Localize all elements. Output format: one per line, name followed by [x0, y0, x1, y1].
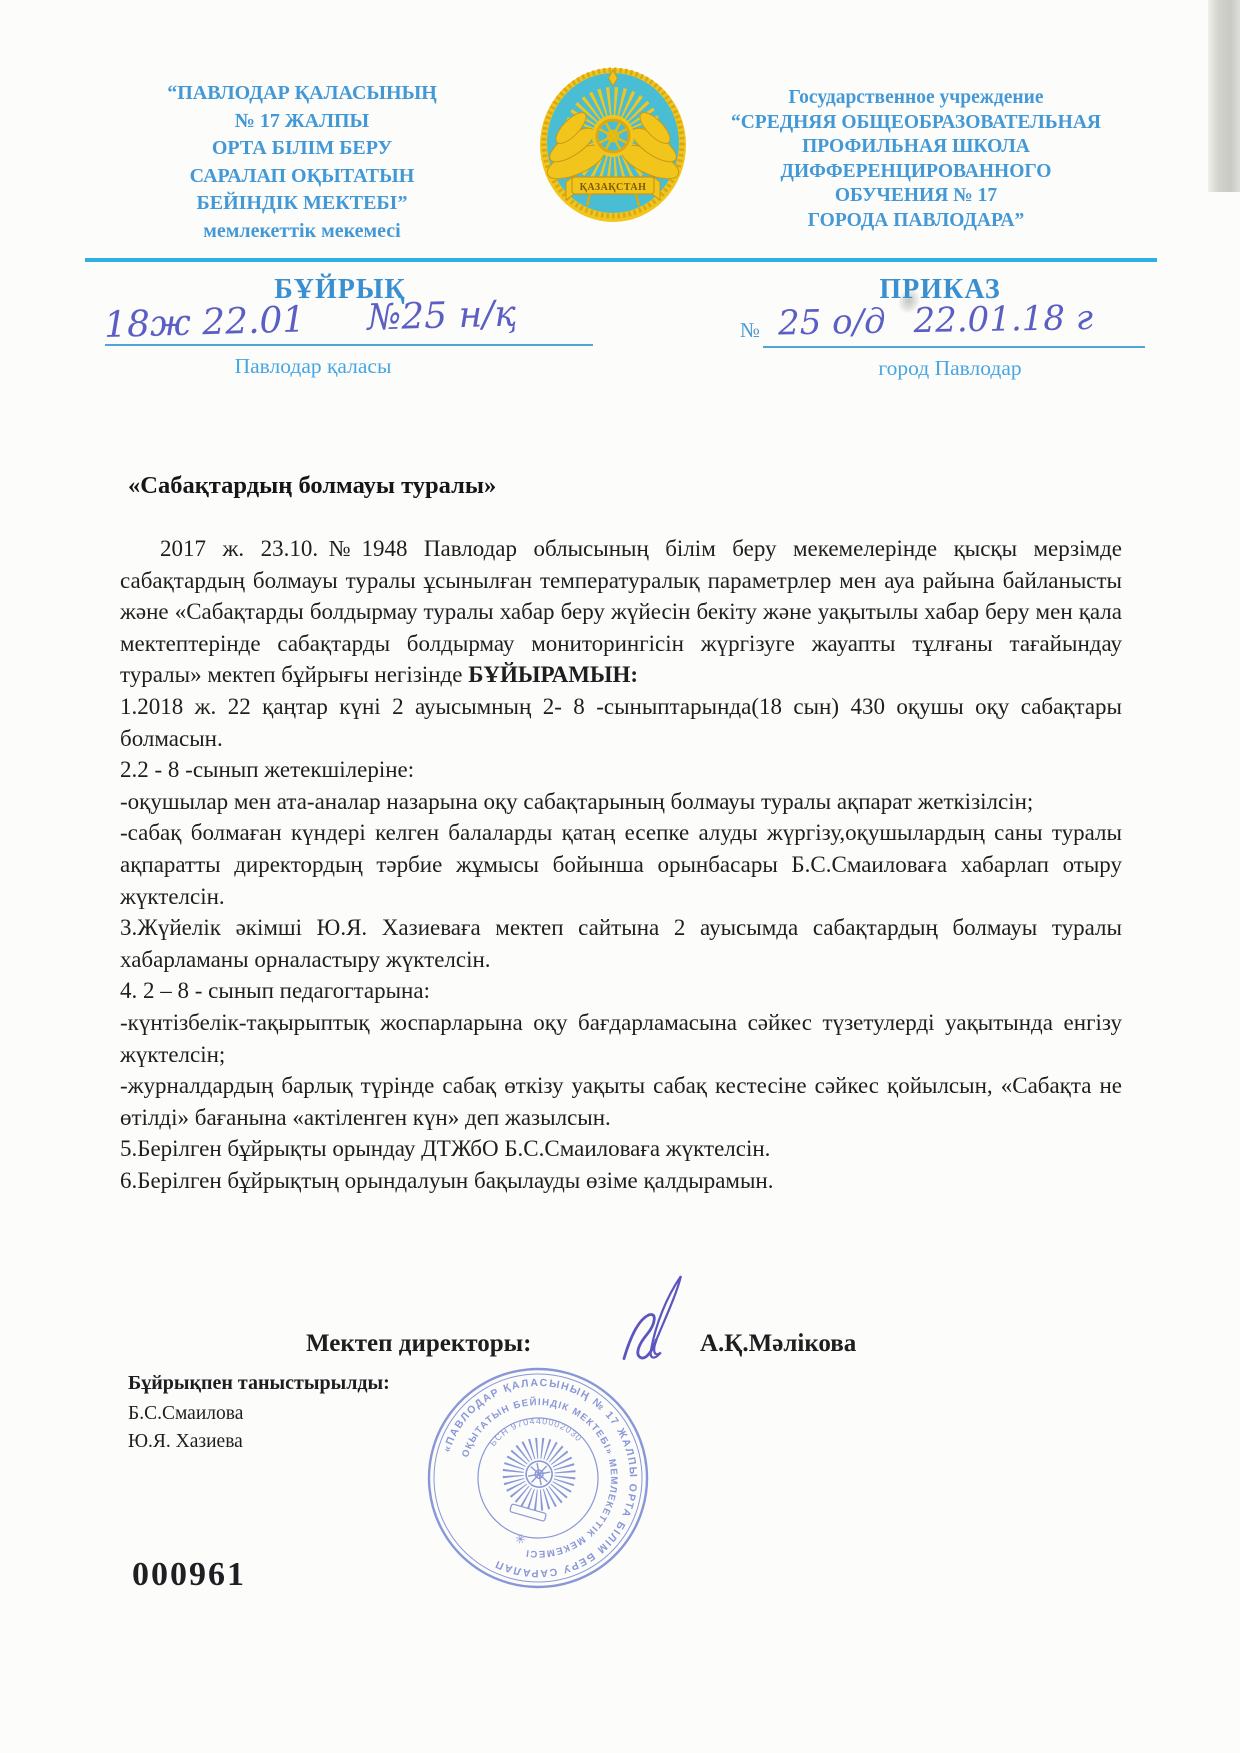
- kazakhstan-coat-of-arms-icon: ҚАЗАҚСТАН: [538, 66, 688, 224]
- org-line: ОРТА БІЛІМ БЕРУ: [118, 135, 486, 163]
- order-paragraph: 5.Берілген бұйрықты орындау ДТЖбО Б.С.См…: [120, 1133, 1122, 1165]
- order-paragraph: 6.Берілген бұйрықтың орындалуын бақылауд…: [120, 1165, 1122, 1197]
- order-paragraph: -журналдардың барлық түрінде сабақ өткіз…: [120, 1070, 1122, 1133]
- scanned-order-document: “ПАВЛОДАР ҚАЛАСЫНЫҢ № 17 ЖАЛПЫ ОРТА БІЛІ…: [0, 0, 1240, 1753]
- order-paragraph: 2.2 - 8 -сынып жетекшілеріне:: [120, 754, 1122, 786]
- org-line: ГОРОДА ПАВЛОДАРА”: [688, 209, 1144, 234]
- school-round-stamp: «ПАВЛОДАР ҚАЛАСЫНЫҢ № 17 ЖАЛПЫ ОРТА БІЛІ…: [424, 1364, 652, 1592]
- form-underline: [763, 346, 1145, 348]
- org-line: Государственное учреждение: [688, 86, 1144, 111]
- form-serial-number: 000961: [132, 1556, 246, 1594]
- letterhead-separator: [85, 258, 1157, 262]
- acknowledged-label: Бұйрықпен таныстырылды:: [128, 1372, 390, 1395]
- org-line: ДИФФЕРЕНЦИРОВАННОГО: [688, 160, 1144, 185]
- org-line: БЕЙІНДІК МЕКТЕБІ”: [118, 190, 486, 218]
- signature-name: А.Қ.Мәлікова: [700, 1330, 856, 1358]
- scan-edge-shadow: [1208, 0, 1240, 192]
- org-line: ОБУЧЕНИЯ № 17: [688, 184, 1144, 209]
- handwritten-date: 22.01.18 г: [913, 298, 1093, 341]
- order-paragraph: 1.2018 ж. 22 қаңтар күні 2 ауысымның 2- …: [120, 691, 1122, 754]
- resolution-word: БҰЙЫРАМЫН:: [468, 662, 638, 687]
- city-label-kazakh: Павлодар қаласы: [113, 354, 513, 379]
- org-line: мемлекеттік мекемесі: [118, 218, 486, 246]
- org-line: ПРОФИЛЬНАЯ ШКОЛА: [688, 135, 1144, 160]
- handwritten-date: 18ж 22.01: [104, 299, 306, 346]
- order-paragraph: 4. 2 – 8 - сынып педагогтарына:: [120, 975, 1122, 1007]
- document-title: «Сабақтардың болмауы туралы»: [128, 472, 496, 500]
- letterhead-org-russian: Государственное учреждение “СРЕДНЯЯ ОБЩЕ…: [688, 86, 1144, 234]
- document-body: 2017 ж. 23.10.№1948 Павлодар облысының б…: [120, 533, 1122, 1196]
- org-line: “ПАВЛОДАР ҚАЛАСЫНЫҢ: [118, 80, 486, 108]
- order-paragraph: -оқушылар мен ата-аналар назарына оқу са…: [120, 786, 1122, 818]
- org-line: “СРЕДНЯЯ ОБЩЕОБРАЗОВАТЕЛЬНАЯ: [688, 111, 1144, 136]
- handwritten-number: №25 н/қ: [367, 293, 517, 338]
- order-preamble: 2017 ж. 23.10.№1948 Павлодар облысының б…: [120, 533, 1122, 691]
- handwritten-entry-right: 25 о/д22.01.18 г: [778, 297, 1179, 344]
- number-symbol: №: [740, 318, 760, 343]
- handwritten-number: 25 о/д: [778, 302, 886, 344]
- org-line: № 17 ЖАЛПЫ: [118, 108, 486, 136]
- form-underline: [105, 344, 593, 346]
- order-paragraph: 3.Жүйелік әкімші Ю.Я. Хазиеваға мектеп с…: [120, 912, 1122, 975]
- city-label-russian: город Павлодар: [750, 356, 1150, 381]
- letterhead-org-kazakh: “ПАВЛОДАР ҚАЛАСЫНЫҢ № 17 ЖАЛПЫ ОРТА БІЛІ…: [118, 80, 486, 245]
- acknowledged-name: Б.С.Смаилова: [128, 1403, 243, 1425]
- org-line: САРАЛАП ОҚЫТАТЫН: [118, 163, 486, 191]
- signature-role-label: Мектеп директоры:: [306, 1330, 531, 1358]
- acknowledged-name: Ю.Я. Хазиева: [128, 1431, 243, 1453]
- order-paragraph: -сабақ болмаған күндері келген балаларды…: [120, 817, 1122, 912]
- emblem-banner-text: ҚАЗАҚСТАН: [580, 182, 647, 193]
- order-paragraph: -күнтізбелік-тақырыптық жоспарларына оқу…: [120, 1007, 1122, 1070]
